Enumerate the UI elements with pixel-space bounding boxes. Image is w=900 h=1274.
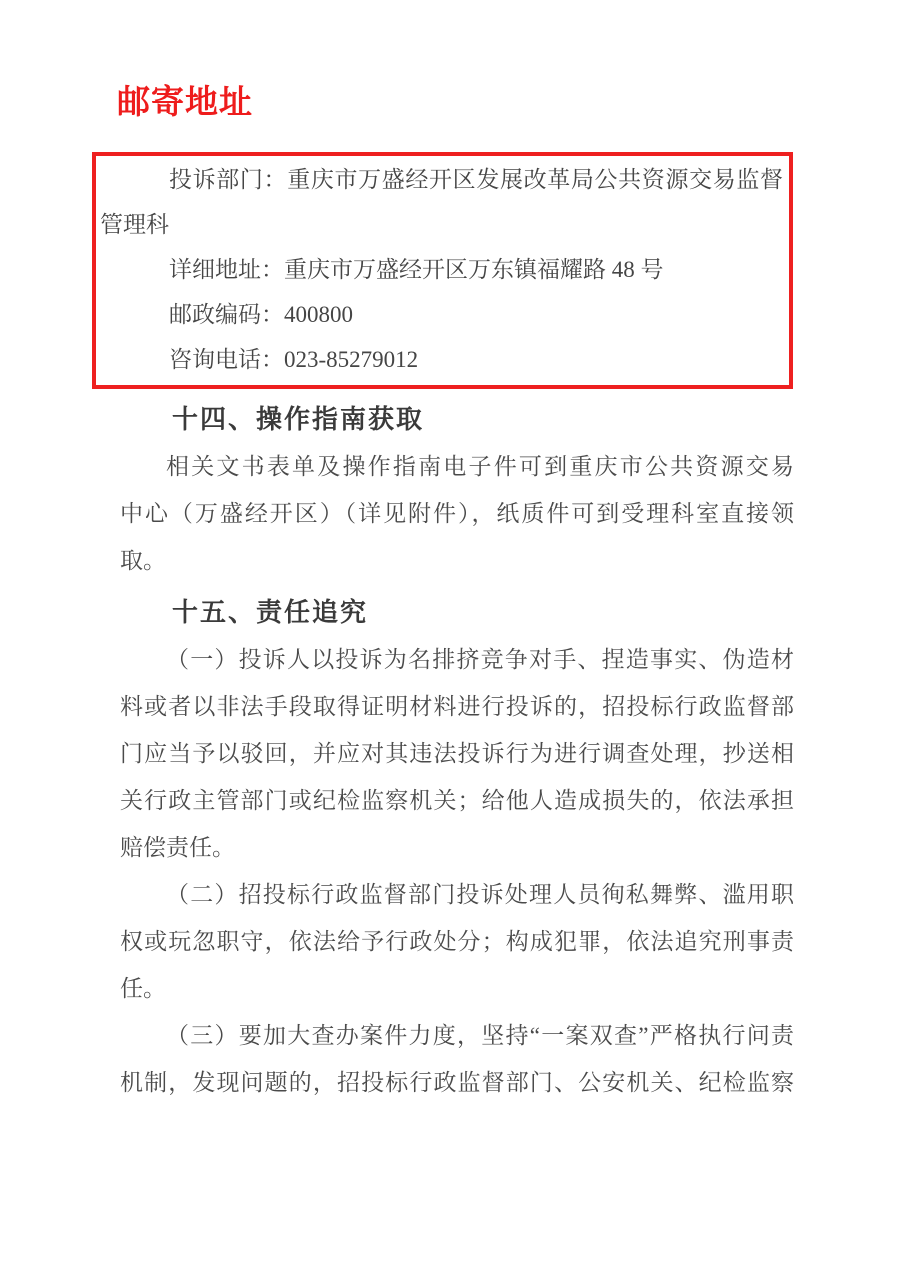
section-15-para3-line: 机制，发现问题的，招投标行政监督部门、公安机关、纪检监察 (120, 1059, 794, 1106)
section-15-para3-line: （三）要加大查办案件力度，坚持“一案双查”严格执行问责 (120, 1012, 794, 1059)
address-box: 投诉部门：重庆市万盛经开区发展改革局公共资源交易监督 管理科 详细地址：重庆市万… (92, 152, 793, 389)
section-15-heading: 十五、责任追究 (120, 589, 794, 636)
section-14-line: 相关文书表单及操作指南电子件可到重庆市公共资源交易 (120, 443, 794, 490)
document-page: 邮寄地址 投诉部门：重庆市万盛经开区发展改革局公共资源交易监督 管理科 详细地址… (0, 0, 900, 1274)
address-box-line-complaint-dept: 投诉部门：重庆市万盛经开区发展改革局公共资源交易监督 (100, 157, 783, 202)
section-15-para1-line: 关行政主管部门或纪检监察机关；给他人造成损失的，依法承担 (120, 777, 794, 824)
address-box-line-phone: 咨询电话：023-85279012 (100, 337, 783, 382)
section-15-para2-line: 任。 (120, 965, 794, 1012)
address-box-line-dept-continued: 管理科 (100, 202, 783, 247)
section-15-para1-line: 料或者以非法手段取得证明材料进行投诉的，招投标行政监督部 (120, 683, 794, 730)
address-box-line-postcode: 邮政编码：400800 (100, 292, 783, 337)
section-15-para1-line: 赔偿责任。 (120, 824, 794, 871)
page-title: 邮寄地址 (117, 84, 253, 120)
address-box-line-address: 详细地址：重庆市万盛经开区万东镇福耀路 48 号 (100, 247, 783, 292)
section-14-line: 中心（万盛经开区）（详见附件），纸质件可到受理科室直接领 (120, 490, 794, 537)
section-14-line: 取。 (120, 537, 794, 584)
section-15-para1-line: （一）投诉人以投诉为名排挤竞争对手、捏造事实、伪造材 (120, 636, 794, 683)
section-14-heading: 十四、操作指南获取 (120, 396, 794, 443)
section-15-para2-line: （二）招投标行政监督部门投诉处理人员徇私舞弊、滥用职 (120, 871, 794, 918)
section-15-para1-line: 门应当予以驳回，并应对其违法投诉行为进行调查处理，抄送相 (120, 730, 794, 777)
section-15-para2-line: 权或玩忽职守，依法给予行政处分；构成犯罪，依法追究刑事责 (120, 918, 794, 965)
document-body: 十四、操作指南获取 相关文书表单及操作指南电子件可到重庆市公共资源交易 中心（万… (120, 391, 794, 1106)
